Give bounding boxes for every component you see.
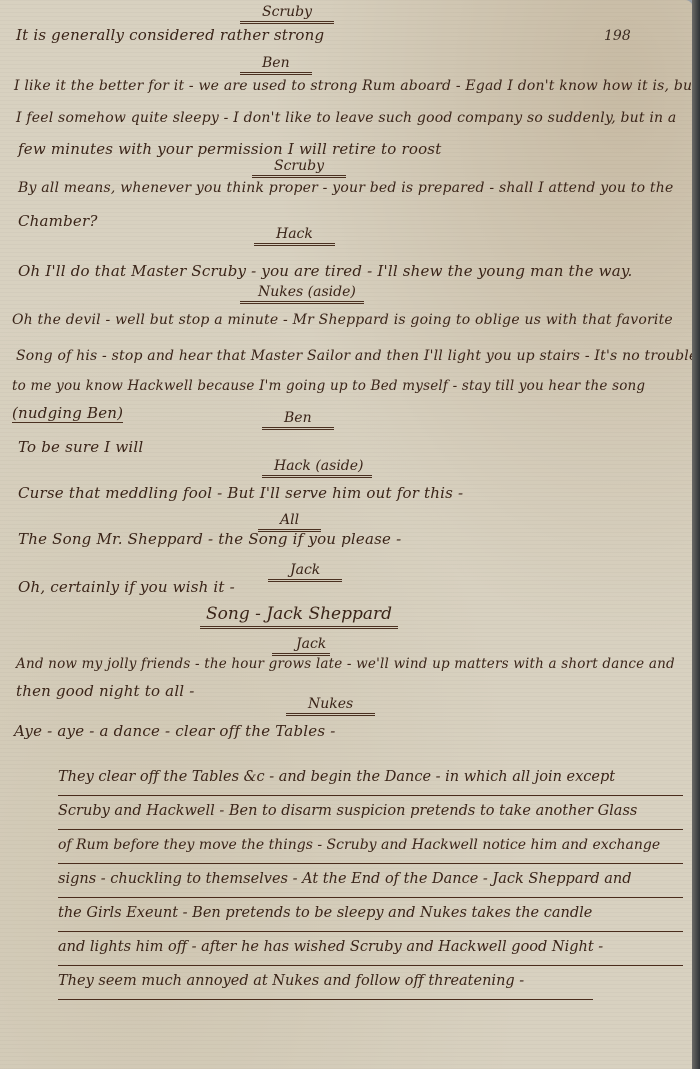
- speaker-ben: Ben: [240, 55, 312, 75]
- dialogue-line: To be sure I will: [18, 438, 143, 456]
- stage-direction-line: the Girls Exeunt - Ben pretends to be sl…: [58, 902, 683, 932]
- speaker-hack-aside: Hack (aside): [262, 458, 372, 478]
- speaker-scruby: Scruby: [240, 4, 334, 24]
- page-edge: [692, 0, 700, 1069]
- dialogue-line: Oh the devil - well but stop a minute - …: [12, 312, 673, 328]
- speaker-scruby: Scruby: [252, 158, 346, 178]
- speaker-hack: Hack: [254, 226, 335, 246]
- stage-direction-line: and lights him off - after he has wished…: [58, 936, 683, 966]
- dialogue-line: Aye - aye - a dance - clear off the Tabl…: [14, 722, 335, 740]
- manuscript-page: 198 Scruby It is generally considered ra…: [0, 0, 693, 1069]
- dialogue-line: And now my jolly friends - the hour grow…: [16, 656, 675, 672]
- dialogue-line: few minutes with your permission I will …: [18, 140, 441, 158]
- stage-direction-line: Scruby and Hackwell - Ben to disarm susp…: [58, 800, 683, 830]
- dialogue-line: By all means, whenever you think proper …: [18, 180, 673, 196]
- dialogue-line: Song of his - stop and hear that Master …: [16, 348, 697, 364]
- dialogue-line: I like it the better for it - we are use…: [14, 78, 698, 94]
- speaker-nukes-aside: Nukes (aside): [240, 284, 364, 304]
- stage-direction-line: They seem much annoyed at Nukes and foll…: [58, 970, 593, 1000]
- page-number: 198: [604, 28, 631, 44]
- stage-direction: (nudging Ben): [12, 404, 123, 423]
- dialogue-line: then good night to all -: [16, 682, 195, 700]
- speaker-ben: Ben: [262, 410, 334, 430]
- dialogue-line: The Song Mr. Sheppard - the Song if you …: [18, 530, 401, 548]
- stage-direction-line: signs - chuckling to themselves - At the…: [58, 868, 683, 898]
- dialogue-line: to me you know Hackwell because I'm goin…: [12, 378, 645, 394]
- dialogue-line: Curse that meddling fool - But I'll serv…: [18, 484, 463, 502]
- speaker-jack: Jack: [272, 636, 330, 656]
- speaker-jack: Jack: [268, 562, 342, 582]
- song-title: Song - Jack Sheppard: [200, 604, 398, 629]
- dialogue-line: I feel somehow quite sleepy - I don't li…: [16, 110, 676, 126]
- dialogue-line: It is generally considered rather strong: [16, 26, 324, 44]
- dialogue-line: Chamber?: [18, 212, 98, 230]
- stage-direction-line: They clear off the Tables &c - and begin…: [58, 766, 683, 796]
- speaker-all: All: [258, 512, 321, 532]
- dialogue-line: Oh I'll do that Master Scruby - you are …: [18, 262, 633, 280]
- stage-direction-line: of Rum before they move the things - Scr…: [58, 834, 683, 864]
- speaker-nukes: Nukes: [286, 696, 375, 716]
- dialogue-line: Oh, certainly if you wish it -: [18, 578, 235, 596]
